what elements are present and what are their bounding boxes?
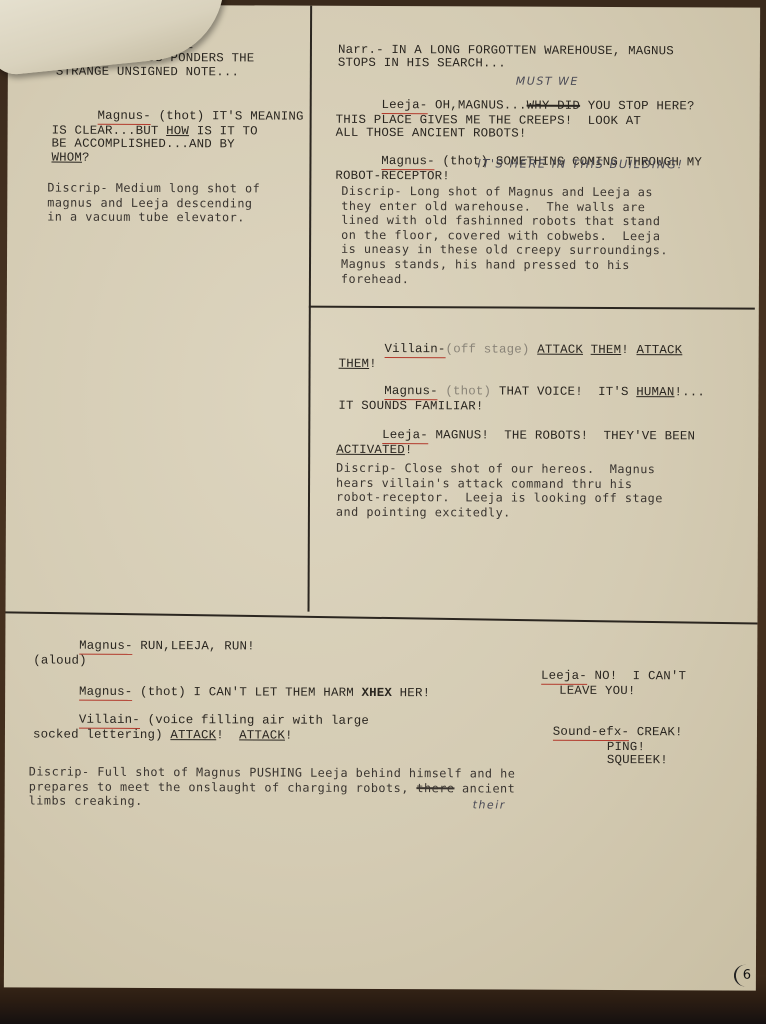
description-panel-3: Discrip- Close shot of our hereos. Magnu… bbox=[336, 461, 663, 521]
description-panel-2: Discrip- Long shot of Magnus and Leeja a… bbox=[341, 184, 668, 288]
dialogue-text: HER! bbox=[392, 686, 430, 700]
description-panel-4: Discrip- Full shot of Magnus PUSHING Lee… bbox=[29, 764, 516, 810]
sound-text: SQUEEEK! bbox=[507, 753, 668, 768]
struck-text: WHY DID bbox=[527, 99, 581, 113]
sound-text: PING! bbox=[507, 739, 645, 754]
script-page: DESCENDING SEVERAL LEVELS, MAGNUS PONDER… bbox=[4, 4, 760, 990]
dialogue-text: IS IT TO bbox=[189, 124, 258, 138]
divider-horizontal-lower bbox=[5, 611, 757, 624]
handwritten-addition: IT'S HERE IN THIS BUILDING! bbox=[477, 156, 683, 171]
description-panel-1: Discrip- Medium long shot of magnus and … bbox=[47, 181, 260, 226]
handwritten-correction: their bbox=[473, 798, 506, 811]
dialogue-text: THAT VOICE! IT'S bbox=[491, 385, 636, 400]
emphasis-text: ATTACK bbox=[239, 728, 285, 742]
dialogue-text: (voice filling air with large bbox=[140, 713, 369, 728]
speaker-label: Magnus- bbox=[384, 385, 438, 400]
narration-panel-2: Narr.- IN A LONG FORGOTTEN WAREHOUSE, MA… bbox=[338, 44, 674, 72]
speaker-label: Magnus- bbox=[79, 640, 133, 655]
dialogue-text: IT SOUNDS FAMILIAR! bbox=[338, 399, 483, 414]
dialogue-text: LEAVE YOU! bbox=[495, 683, 635, 698]
dialogue-text: (aloud) bbox=[33, 653, 87, 667]
dialogue-magnus-panel-1: Magnus- (thot) IT'S MEANINGIS CLEAR...BU… bbox=[51, 97, 303, 180]
speaker-label: Magnus- bbox=[79, 686, 133, 701]
dialogue-text: ALL THOSE ANCIENT ROBOTS! bbox=[336, 126, 527, 141]
emphasis-text: ATTACK bbox=[636, 344, 682, 358]
emphasis-text: HUMAN bbox=[636, 386, 674, 400]
dialogue-text: (thot) IT'S MEANING bbox=[151, 109, 304, 124]
dialogue-text: socked lettering) bbox=[33, 727, 171, 742]
dialogue-leeja-panel-4: Leeja- NO! I CAN'TLEAVE YOU! bbox=[495, 656, 686, 711]
divider-horizontal-mid bbox=[309, 306, 755, 309]
speaker-label: Magnus- bbox=[97, 110, 151, 125]
page-number: 6 bbox=[734, 965, 758, 987]
emphasis-text: ATTACK bbox=[170, 728, 216, 742]
emphasis-text: ATTACK bbox=[537, 343, 583, 357]
sound-effects: Sound-efx- CREAK!PING!SQUEEEK! bbox=[507, 713, 683, 782]
dialogue-text: (thot) bbox=[445, 385, 491, 399]
emphasis-text: THEM bbox=[591, 343, 622, 357]
dialogue-text: !... bbox=[674, 386, 705, 400]
dialogue-text: ! bbox=[405, 443, 413, 457]
dialogue-text: NO! I CAN'T bbox=[587, 669, 686, 683]
dialogue-text: (off stage) bbox=[446, 343, 538, 357]
speaker-label: Magnus- bbox=[381, 155, 435, 170]
dialogue-villain-panel-4: Villain- (voice filling air with largeso… bbox=[33, 700, 369, 756]
emphasis-text: HOW bbox=[166, 124, 189, 138]
emphasis-text: WHOM bbox=[51, 150, 82, 164]
dialogue-text: MAGNUS! THE ROBOTS! THEY'VE BEEN bbox=[428, 429, 695, 444]
dialogue-text: RUN,LEEJA, RUN! bbox=[133, 639, 255, 654]
dialogue-text: ROBOT-RECEPTOR! bbox=[335, 169, 450, 183]
struck-text: XHEX bbox=[361, 686, 392, 700]
speaker-label: Sound-efx- bbox=[553, 726, 629, 741]
dialogue-text: IS CLEAR...BUT bbox=[52, 123, 167, 137]
divider-vertical-top bbox=[308, 6, 312, 612]
dialogue-text: YOU STOP HERE? bbox=[580, 99, 695, 113]
dialogue-text: OH,MAGNUS... bbox=[427, 99, 526, 113]
speaker-label: Leeja- bbox=[382, 99, 428, 114]
emphasis-text: THEM bbox=[339, 357, 370, 371]
dialogue-text: (thot) I CAN'T LET THEM HARM bbox=[132, 685, 361, 700]
speaker-label: Leeja- bbox=[541, 670, 587, 685]
speaker-label: Villain- bbox=[384, 343, 445, 358]
speaker-label: Leeja- bbox=[382, 429, 428, 444]
emphasis-text: ACTIVATED bbox=[336, 443, 405, 457]
dialogue-text: ? bbox=[82, 150, 90, 164]
struck-text: there bbox=[416, 781, 454, 795]
sound-text: CREAK! bbox=[629, 725, 683, 739]
